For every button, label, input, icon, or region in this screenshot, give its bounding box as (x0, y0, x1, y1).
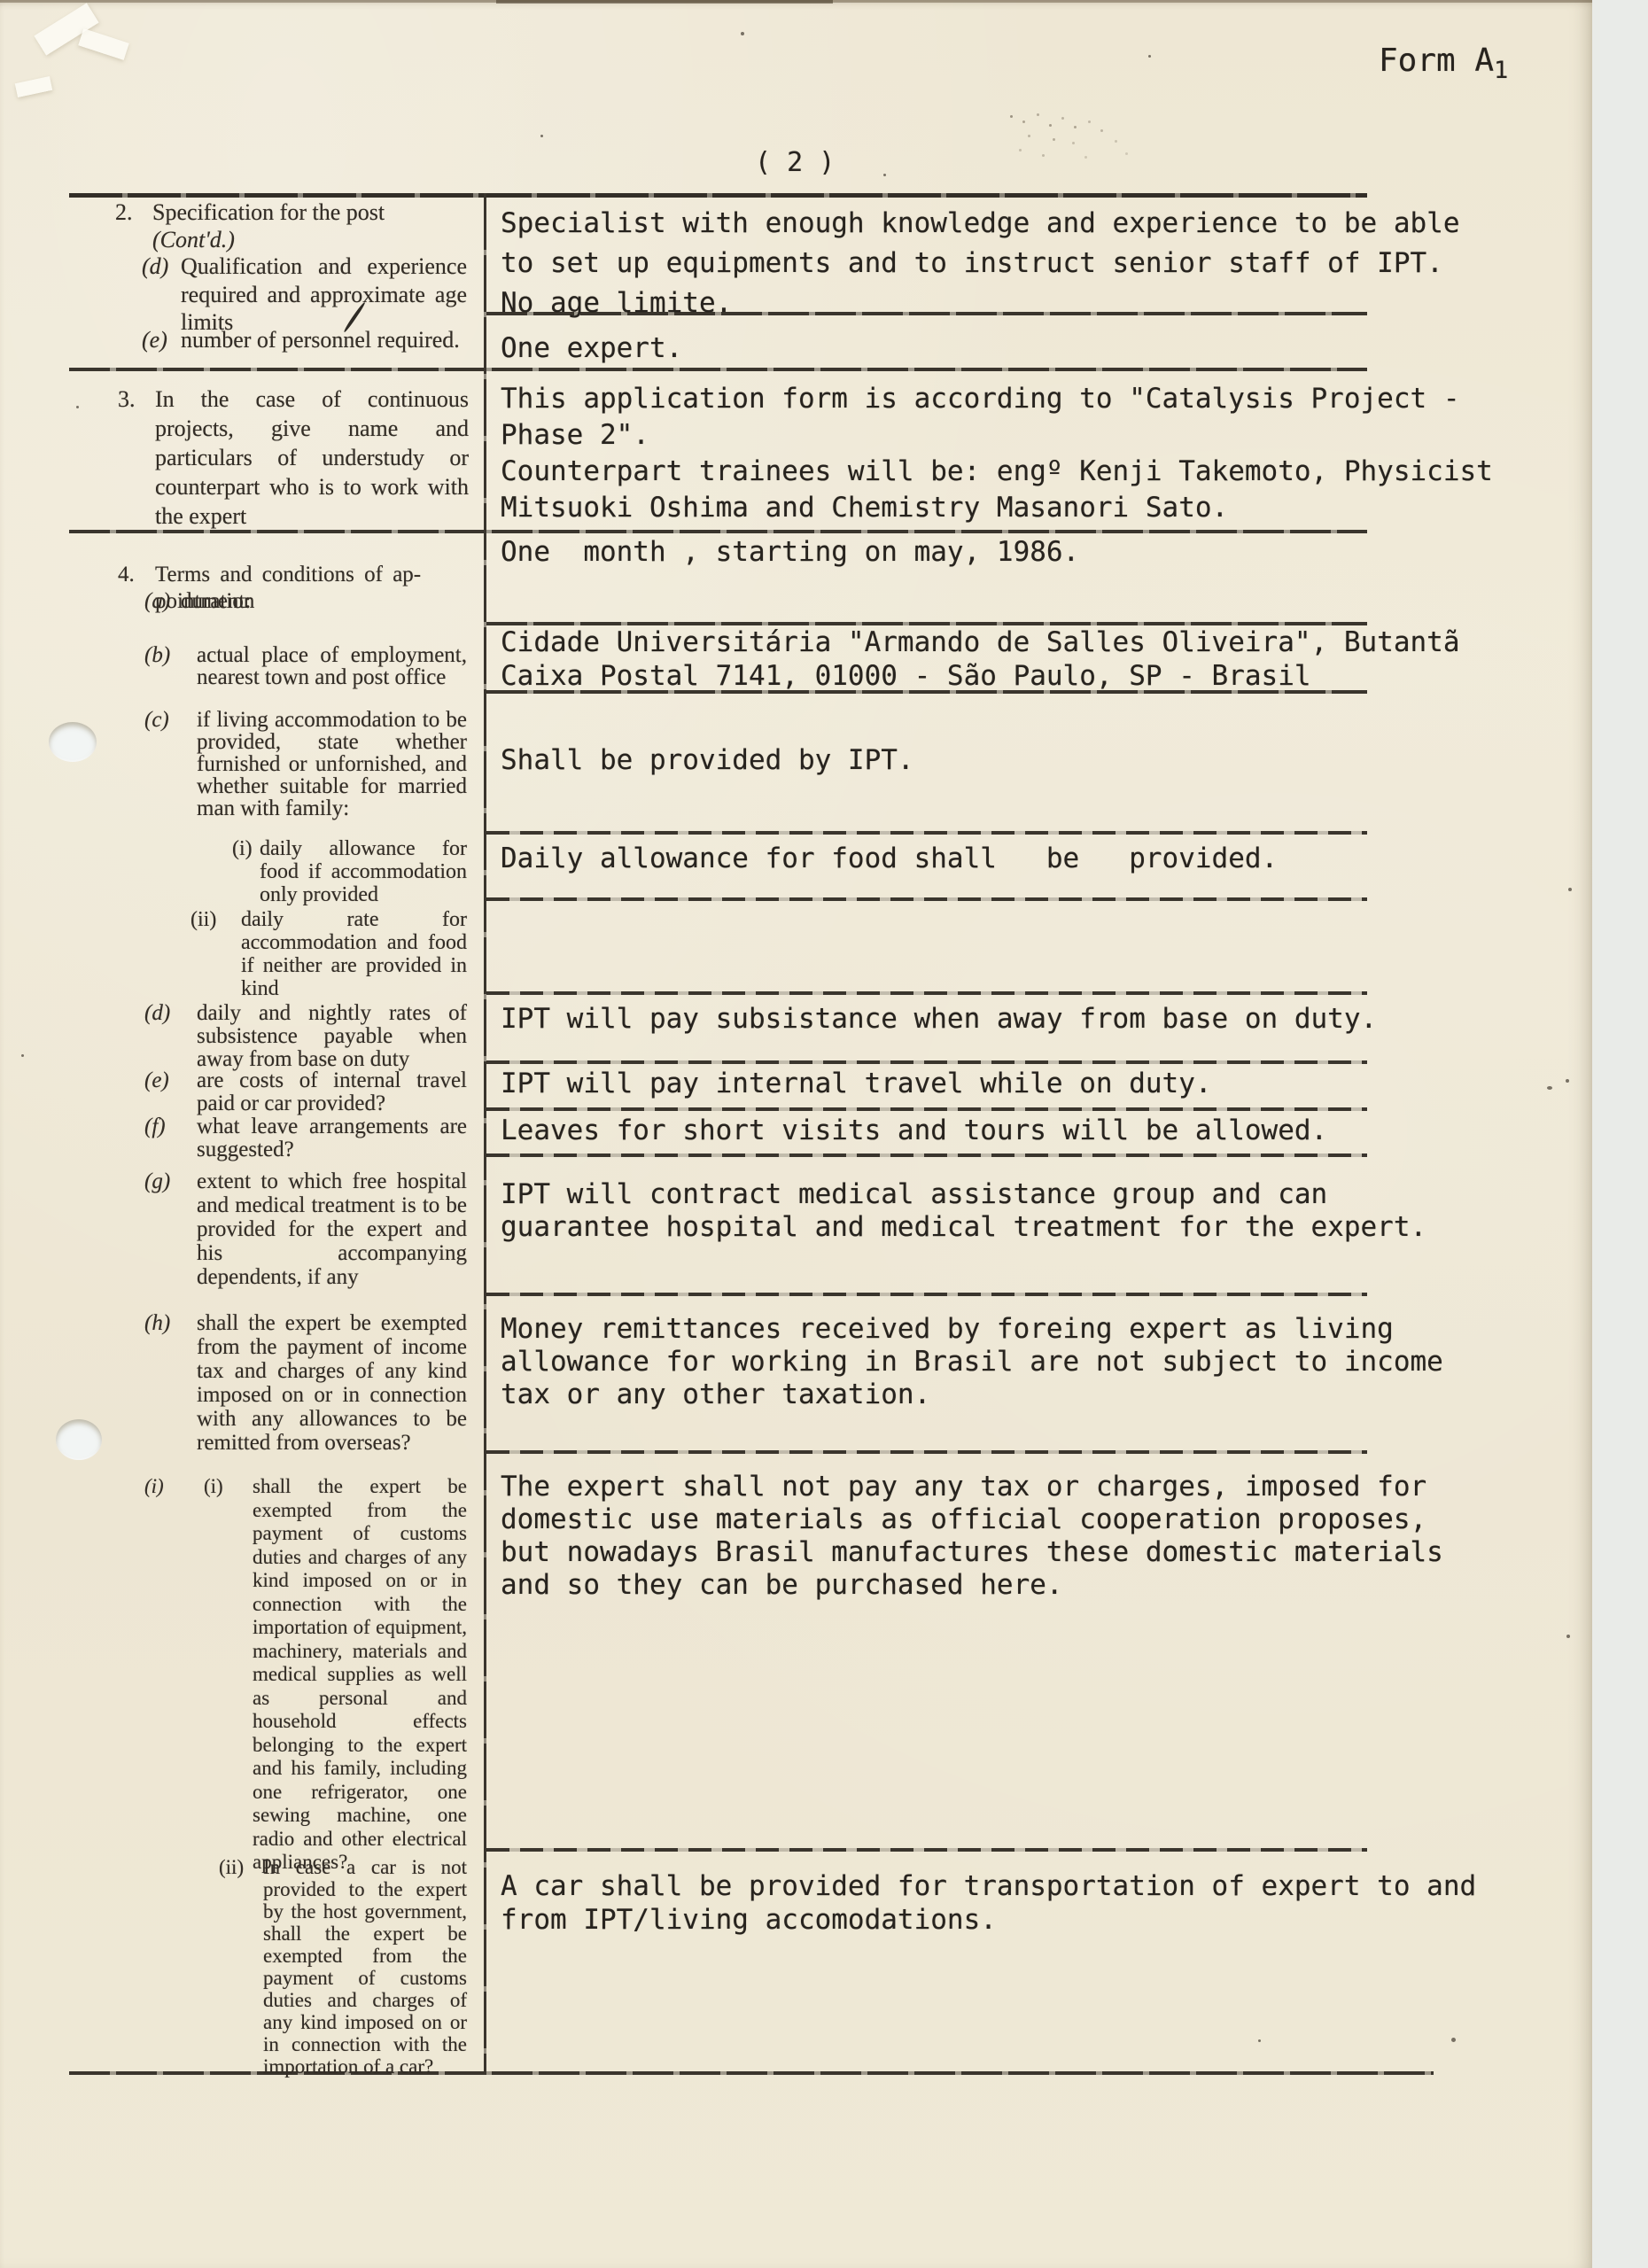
answer-specification: Specialist with enough knowledge and exp… (501, 204, 1546, 323)
question-2-contd: (Cont'd.) (152, 226, 468, 253)
answer-rule (486, 1153, 1367, 1157)
speck (883, 174, 886, 176)
answer-continuous-project: This application form is according to "C… (501, 381, 1546, 526)
question-4i-letter: (i) (144, 1475, 164, 1499)
speck (741, 32, 744, 35)
question-2-title: Specification for the post (152, 199, 385, 225)
answer-rule (486, 1060, 1367, 1064)
question-4c-i-text: daily allowance for food if accommodatio… (260, 837, 467, 906)
question-4i-i-label: (i)(i)shall the expert be exempted from … (253, 1475, 467, 1875)
question-3-number: 3. (118, 384, 136, 414)
page-number: ( 2 ) (755, 147, 835, 178)
answer-rule (486, 1293, 1367, 1296)
question-2d-label: (d)Qualification and experience required… (181, 252, 467, 337)
answer-subsistence: IPT will pay subsistance when away from … (501, 1001, 1546, 1037)
question-4c-i-label: (i)daily allowance for food if accommoda… (260, 837, 467, 906)
question-4g-text: extent to which free hospital and medica… (197, 1169, 467, 1289)
question-4c-ii-label: (ii)daily rate for accommodation and foo… (241, 908, 467, 1000)
question-4a-text: duration (181, 589, 254, 613)
speck (1566, 1079, 1569, 1083)
question-4g-letter: (g) (144, 1169, 170, 1193)
question-2e-label: (e)number of personnel required. (181, 326, 467, 354)
question-4-number: 4. (118, 562, 135, 588)
question-4i-i-text: shall the expert be exempted from the pa… (253, 1475, 467, 1873)
answer-duration: One month , starting on may, 1986. (501, 534, 1546, 570)
speck (1258, 2039, 1261, 2042)
speck (1568, 888, 1572, 891)
question-4b-letter: (b) (144, 644, 170, 666)
question-2d-letter: (d) (142, 252, 168, 281)
question-4h-label: (h)shall the expert be exempted from the… (197, 1311, 467, 1455)
answer-income-tax: Money remittances received by foreing ex… (501, 1313, 1546, 1411)
scanned-document-page: Form A1 ( 2 ) 2.Specification for the po… (0, 0, 1648, 2268)
question-4c-text: if living accommodation to be provided, … (197, 708, 467, 820)
answer-medical: IPT will contract medical assistance gro… (501, 1178, 1546, 1244)
answer-leave: Leaves for short visits and tours will b… (501, 1113, 1546, 1148)
question-4b-label: (b)actual place of employment, nearest t… (197, 644, 467, 688)
table-rule-top (69, 193, 1367, 198)
question-4i-ii-text: In case a car is not provided to the exp… (263, 1856, 467, 2078)
question-4e-letter: (e) (144, 1069, 169, 1092)
question-2d-text: Qualification and experience required an… (181, 253, 467, 335)
scanner-background (1592, 0, 1648, 2268)
ink-stain (1010, 115, 1013, 118)
question-2e-text: number of personnel required. (181, 327, 460, 353)
punch-hole (49, 722, 97, 762)
question-4d-text: daily and nightly rates of subsistence p… (197, 1001, 467, 1071)
question-4f-text: what leave arrangements are suggested? (197, 1115, 467, 1161)
speck (1547, 1086, 1552, 1090)
answer-internal-travel: IPT will pay internal travel while on du… (501, 1066, 1546, 1101)
speck (1566, 1635, 1570, 1638)
form-label-text: Form A (1379, 43, 1494, 79)
question-2-label: 2.Specification for the post (Cont'd.) (152, 198, 468, 253)
answer-personnel: One expert. (501, 330, 1546, 366)
answer-rule (486, 1107, 1367, 1111)
answer-car: A car shall be provided for transportati… (501, 1869, 1546, 1937)
form-label: Form A1 (1379, 43, 1508, 84)
table-rule-section2-3 (69, 368, 1367, 371)
answer-customs: The expert shall not pay any tax or char… (501, 1471, 1546, 1602)
table-column-divider (484, 193, 486, 2075)
question-4e-text: are costs of internal travel paid or car… (197, 1068, 467, 1115)
speck (76, 406, 79, 408)
question-4e-label: (e)are costs of internal travel paid or … (197, 1069, 467, 1115)
speck (21, 1054, 24, 1057)
question-4a-letter: (a) (144, 589, 170, 614)
question-4i-i-letter: (i) (204, 1475, 223, 1499)
question-4i-ii-letter: (ii) (219, 1856, 244, 1878)
question-4c-label: (c)if living accommodation to be provide… (197, 709, 467, 819)
question-4h-letter: (h) (144, 1311, 170, 1335)
question-4f-label: (f)what leave arrangements are suggested… (197, 1115, 467, 1161)
question-4d-letter: (d) (144, 1002, 170, 1025)
question-4h-text: shall the expert be exempted from the pa… (197, 1311, 467, 1455)
answer-rule (486, 1450, 1367, 1454)
answer-place-of-employment: Cidade Universitária "Armando de Salles … (501, 625, 1546, 693)
answer-rule (486, 1848, 1367, 1852)
answer-accommodation: Shall be provided by IPT. (501, 742, 1546, 778)
question-2-number: 2. (115, 198, 133, 226)
speck (1148, 55, 1151, 58)
question-4g-label: (g)extent to which free hospital and med… (197, 1169, 467, 1289)
form-label-subscript: 1 (1494, 57, 1508, 84)
question-4c-i-letter: (i) (232, 837, 253, 860)
speck (540, 135, 543, 137)
answer-rule (486, 991, 1367, 995)
question-4i-ii-label: (ii)In case a car is not provided to the… (263, 1856, 467, 2078)
punch-hole (56, 1419, 102, 1460)
question-3-text: In the case of continuous projects, give… (155, 386, 469, 529)
question-4d-label: (d)daily and nightly rates of subsistenc… (197, 1002, 467, 1071)
question-4c-ii-letter: (ii) (190, 908, 216, 931)
question-4c-ii-text: daily rate for accommodation and food if… (241, 908, 467, 1000)
question-2e-letter: (e) (142, 326, 167, 354)
question-4b-text: actual place of employment, nearest town… (197, 643, 467, 689)
answer-rule (486, 831, 1367, 835)
question-4c-letter: (c) (144, 709, 169, 731)
speck (1451, 2038, 1456, 2042)
answer-food-allowance: Daily allowance for food shall be provid… (501, 841, 1546, 876)
question-4a-label: (a)duration (181, 589, 447, 614)
scan-top-edge-dark (496, 0, 833, 4)
answer-rule (486, 897, 1367, 901)
question-4f-letter: (f) (144, 1115, 166, 1138)
question-3-label: 3.In the case of continuous projects, gi… (155, 384, 469, 531)
